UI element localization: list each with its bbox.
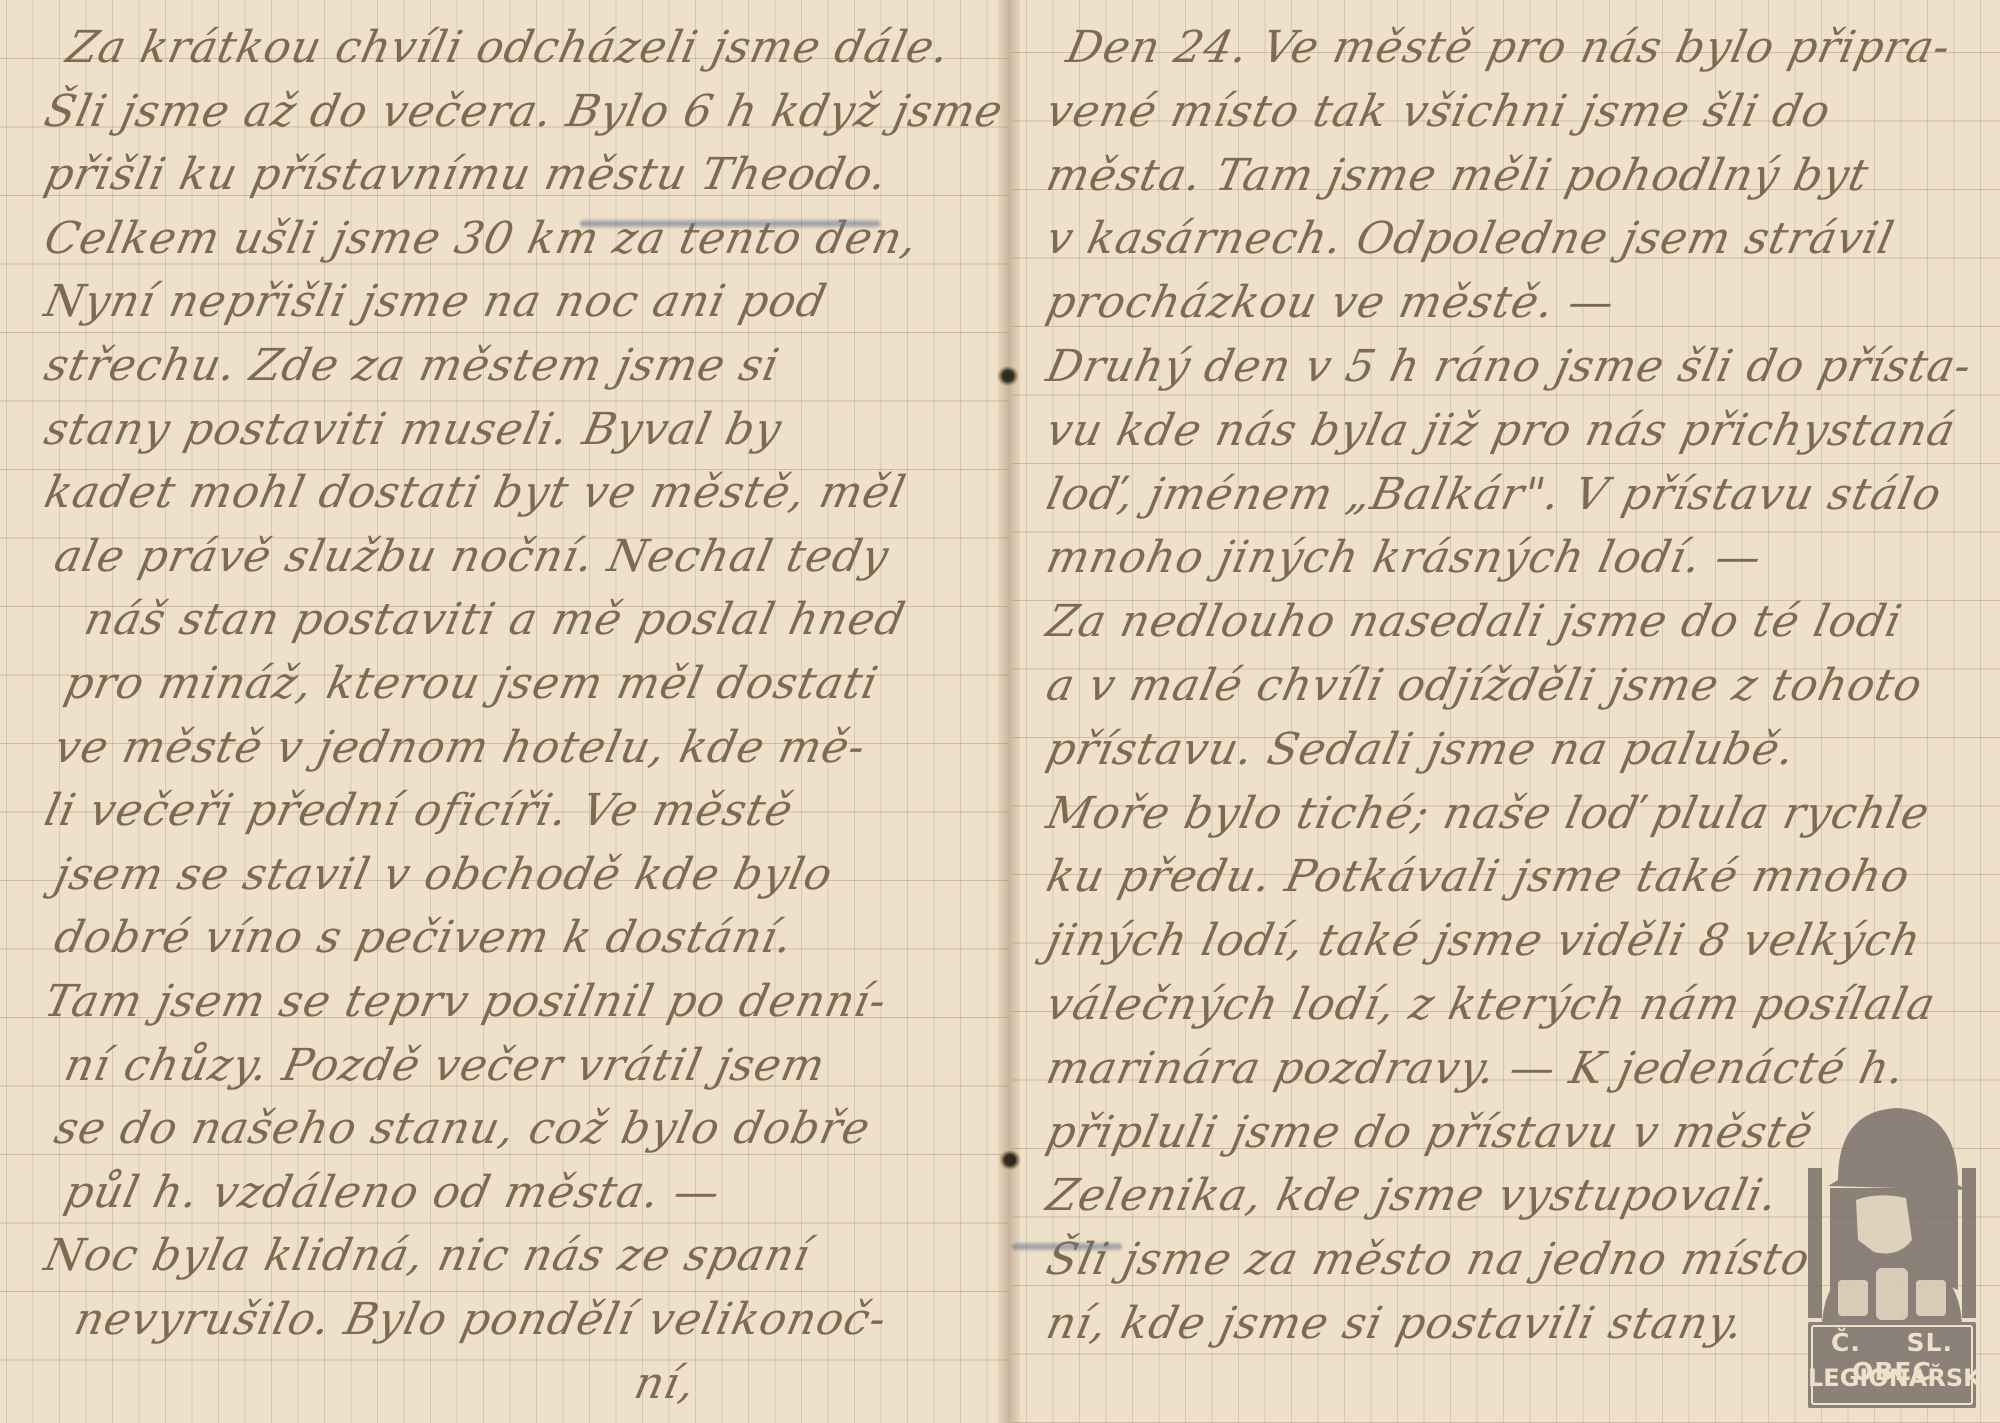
handwritten-line: Šli jsme až do večera. Bylo 6 h když jsm… (40, 86, 1008, 137)
binding-hole-icon (997, 366, 1019, 386)
handwritten-line: ní, kde jsme si postavili stany. (1042, 1298, 1749, 1349)
handwritten-line: přístavu. Sedali jsme na palubě. (1042, 724, 1800, 775)
handwritten-line: Za krátkou chvíli odcházeli jsme dále. (62, 22, 954, 73)
handwritten-line: kadet mohl dostati byt ve městě, měl (40, 467, 911, 518)
handwritten-line: připluli jsme do přístavu v městě (1042, 1107, 1818, 1158)
handwritten-line: Den 24. Ve městě pro nás bylo připra- (1062, 22, 1955, 73)
handwritten-line: města. Tam jsme měli pohodlný byt (1042, 150, 1873, 201)
handwritten-line: marinára pozdravy. — K jedenácté h. (1042, 1043, 1910, 1094)
handwritten-line: Zelenika, kde jsme vystupovali. (1042, 1170, 1783, 1221)
pencil-underline-mark (1012, 1242, 1122, 1251)
handwritten-line: ní chůzy. Pozdě večer vrátil jsem (60, 1040, 830, 1091)
handwritten-line: mnoho jiných krásných lodí. — (1042, 532, 1767, 583)
handwritten-line: se do našeho stanu, což bylo dobře (50, 1103, 875, 1154)
handwritten-line: pro mináž, kterou jsem měl dostati (60, 658, 883, 709)
stamp-line2: LEGIONÁŘSKÁ (1808, 1364, 1976, 1392)
legion-stamp: Č. SL. OBEC LEGIONÁŘSKÁ (1808, 1090, 1976, 1408)
handwritten-line: jsem se stavil v obchodě kde bylo (50, 849, 838, 900)
handwritten-line: přišli ku přístavnímu městu Theodo. (40, 149, 892, 200)
handwritten-line: Šli jsme za město na jedno místo (1042, 1234, 1815, 1285)
handwritten-line: v kasárnech. Odpoledne jsem strávil (1042, 213, 1899, 264)
pencil-underline-mark (580, 219, 880, 228)
handwritten-line: nevyrušilo. Bylo pondělí velikonoč- (70, 1294, 891, 1345)
handwritten-line: Moře bylo tiché; naše loď plula rychle (1042, 788, 1934, 839)
notebook-binding-gutter (998, 0, 1020, 1423)
handwritten-line: li večeři přední oficíři. Ve městě (40, 785, 798, 836)
binding-hole-icon (999, 1150, 1021, 1170)
handwritten-line: válečných lodí, z kterých nám posílala (1042, 979, 1940, 1030)
handwritten-line: ní, (630, 1358, 700, 1409)
handwritten-line: jiných lodí, také jsme viděli 8 velkých (1042, 915, 1926, 966)
handwritten-line: ku předu. Potkávali jsme také mnoho (1042, 851, 1915, 902)
handwritten-line: stany postaviti museli. Byval by (40, 404, 786, 455)
handwritten-line: náš stan postaviti a mě poslal hned (80, 594, 910, 645)
handwritten-line: vu kde nás byla již pro nás přichystaná (1042, 405, 1960, 456)
handwritten-line: půl h. vzdáleno od města. — (60, 1167, 725, 1218)
handwritten-line: procházkou ve městě. — (1042, 277, 1619, 328)
handwritten-line: Nyní nepřišli jsme na noc ani pod (40, 276, 831, 327)
handwritten-line: střechu. Zde za městem jsme si (40, 340, 784, 391)
handwritten-line: Noc byla klidná, nic nás ze spaní (40, 1230, 815, 1281)
handwritten-line: ve městě v jednom hotelu, kde mě- (50, 722, 870, 773)
handwritten-line: vené místo tak všichni jsme šli do (1042, 86, 1835, 137)
handwritten-line: Druhý den v 5 h ráno jsme šli do přísta- (1042, 341, 1976, 392)
handwritten-line: a v malé chvíli odjížděli jsme z tohoto (1042, 660, 1927, 711)
handwritten-line: ale právě službu noční. Nechal tedy (50, 531, 894, 582)
handwritten-line: Za nedlouho nasedali jsme do té lodi (1042, 596, 1907, 647)
handwritten-line: Tam jsem se teprv posilnil po denní- (40, 976, 891, 1027)
left-notebook-page: Za krátkou chvíli odcházeli jsme dále.Šl… (0, 0, 1008, 1423)
handwritten-line: dobré víno s pečivem k dostání. (50, 912, 798, 963)
handwritten-line: loď, jménem „Balkár". V přístavu stálo (1042, 469, 1946, 520)
